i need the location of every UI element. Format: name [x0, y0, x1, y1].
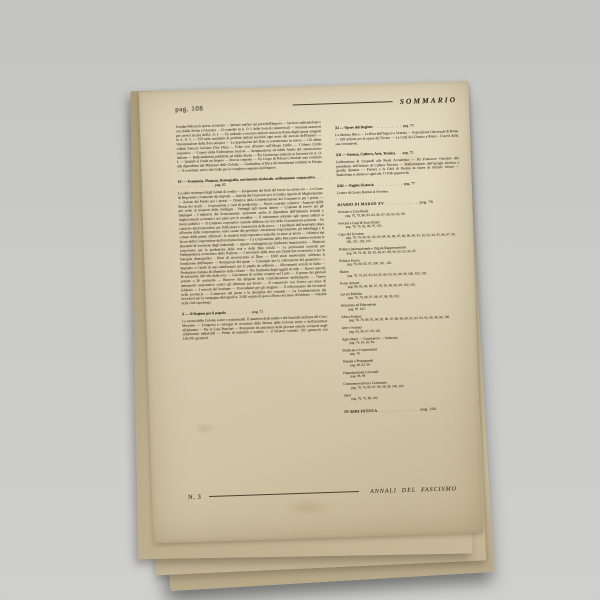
diario-entry: Istruzione ed Educazione pag. 95, 102. — [341, 300, 464, 312]
left-sections: IX — Economia, Finanza, Demografia, movi… — [178, 174, 328, 341]
diario-entry: Capo del Governo pag. 78, 79, 80, 81, 82… — [338, 228, 461, 244]
toc-section: IX — Economia, Finanza, Demografia, movi… — [178, 174, 327, 305]
leader-dots: . . . . . . . . . . . — [378, 407, 419, 413]
diario-page-ref: pag. 78 — [420, 199, 433, 204]
title-wrap: SOMMARIO — [293, 96, 457, 110]
biblioteca-title: IN BIBLIOTECA — [344, 408, 377, 414]
photo-background: pag. 108 SOMMARIO Gondar-Debarech aperta… — [0, 0, 600, 600]
right-column: XI — Opere del Regime . . . . . . . . pa… — [335, 116, 468, 414]
biblioteca-section: IN BIBLIOTECA . . . . . . . . . . . pag.… — [344, 405, 467, 414]
diario-entry: Commemorazioni e Cerimonie pag. 78, 79, … — [343, 378, 466, 390]
issue-number-label: N. 3 — [188, 493, 201, 501]
section-body: Lettera di Cesare Battisti al Sovrano. — [337, 187, 460, 195]
diario-entry: Lavori Pubblici pag. 78, 79, 86, 87, 88,… — [340, 288, 463, 300]
toc-section: XII — Scienza, Cultura, Arte, Tecnica . … — [336, 148, 460, 177]
diario-entry: Politica Estera pag. 78, 88, 93, 97, 100… — [339, 255, 462, 267]
section-body: La salda resistenza degli Istituti di cr… — [178, 187, 327, 306]
diario-title: DIARIO DI MARZO XV — [337, 201, 384, 207]
section-page-ref: pag. 77 — [404, 181, 415, 186]
biblioteca-page-ref: pag. 104 — [421, 406, 437, 411]
section-body: La mostra delle Colonie estive e assiste… — [182, 315, 328, 342]
content-columns: Gondar-Debarech aperta al transito — Int… — [176, 116, 468, 420]
page-number-label: pag. 108 — [175, 105, 203, 114]
intro-paragraph: Gondar-Debarech aperta al transito — Int… — [176, 120, 323, 173]
section-title: XI — Opere del Regime — [335, 124, 373, 130]
right-sections: XI — Opere del Regime . . . . . . . . pa… — [335, 122, 460, 196]
page-title: SOMMARIO — [400, 96, 458, 106]
section-body: Celebrazione di Leopardi alla Reale Acca… — [336, 156, 460, 178]
diario-entry: Sport pag. 78, 79, 88, 102. — [344, 389, 467, 401]
diario-entry: Stampa e Propaganda pag. 80, 82, 96. — [343, 356, 466, 368]
journal-title: ANNALI DEL FASCISMO — [370, 485, 457, 495]
diario-entry: Forze Armate pag. 80, 83, 84, 86, 87, 93… — [340, 277, 463, 289]
leader-dots: . . . . . . . . . — [385, 200, 418, 206]
paper-stack: pag. 108 SOMMARIO Gondar-Debarech aperta… — [139, 81, 484, 544]
section-body: La littorina libica — La Riva dell'Imper… — [335, 129, 458, 146]
diario-entry: Africa Italiana pag. 78, 79, 80, 83, 84,… — [341, 311, 464, 323]
section-title: X — Il Regime per il popolo — [182, 310, 226, 316]
section-page-ref: pag. 62 — [215, 182, 226, 187]
section-page-ref: pag. 71 — [252, 309, 263, 314]
page-footer: N. 3 ANNALI DEL FASCISMO — [188, 484, 468, 501]
section-page-ref: pag. 73 — [403, 123, 414, 128]
diario-entry: Sovrani e Capi di Stato Esteri pag. 78, … — [338, 217, 461, 229]
toc-section: XI — Opere del Regime . . . . . . . . pa… — [335, 122, 459, 147]
toc-section: X — Il Regime per il popolo . . . . . . … — [182, 307, 328, 341]
diario-entry: Organizzazioni Giovanili pag. 98, 99. — [343, 367, 466, 379]
leader-dots: . . . . . . . . — [374, 181, 403, 186]
section-title: XIII — Pagine di storia — [337, 182, 374, 188]
diario-entry: Politica Internazionale e Organi Rappres… — [339, 244, 462, 256]
leader-dots: . . . . . . . . — [373, 123, 402, 128]
section-title: XII — Scienza, Cultura, Arte, Tecnica — [336, 150, 395, 156]
diario-entry: Arte e Scienza pag. 82, 86, 87, 99, 103. — [341, 322, 464, 334]
leader-dots: . . — [396, 150, 402, 155]
diario-entry: Agricoltura — Commercio — Industria pag.… — [342, 333, 465, 345]
diario-section: DIARIO DI MARZO XV . . . . . . . . . pag… — [337, 198, 467, 401]
diario-entries: Sovrano e Casa Reale pag. 78, 79, 80, 83… — [338, 206, 467, 401]
diario-entry: Partito pag. 78, 79, 82, 83, 84, 85, 88,… — [340, 266, 463, 278]
document-page: pag. 108 SOMMARIO Gondar-Debarech aperta… — [139, 81, 484, 544]
left-column: Gondar-Debarech aperta al transito — Int… — [176, 120, 331, 419]
diario-entry: Sovrano e Casa Reale pag. 78, 79, 80, 83… — [338, 206, 461, 218]
toc-section: XIII — Pagine di storia . . . . . . . . … — [337, 179, 460, 195]
header-rule — [293, 101, 393, 105]
leader-dots: . . . . . . . — [227, 309, 252, 314]
diario-entry: Sindacati e Corporazioni pag. 78. — [342, 344, 465, 356]
section-page-ref: pag. 75 — [402, 150, 413, 155]
page-header: pag. 108 SOMMARIO — [175, 96, 457, 114]
page-content: pag. 108 SOMMARIO Gondar-Debarech aperta… — [139, 81, 484, 544]
footer-rule — [209, 491, 359, 497]
